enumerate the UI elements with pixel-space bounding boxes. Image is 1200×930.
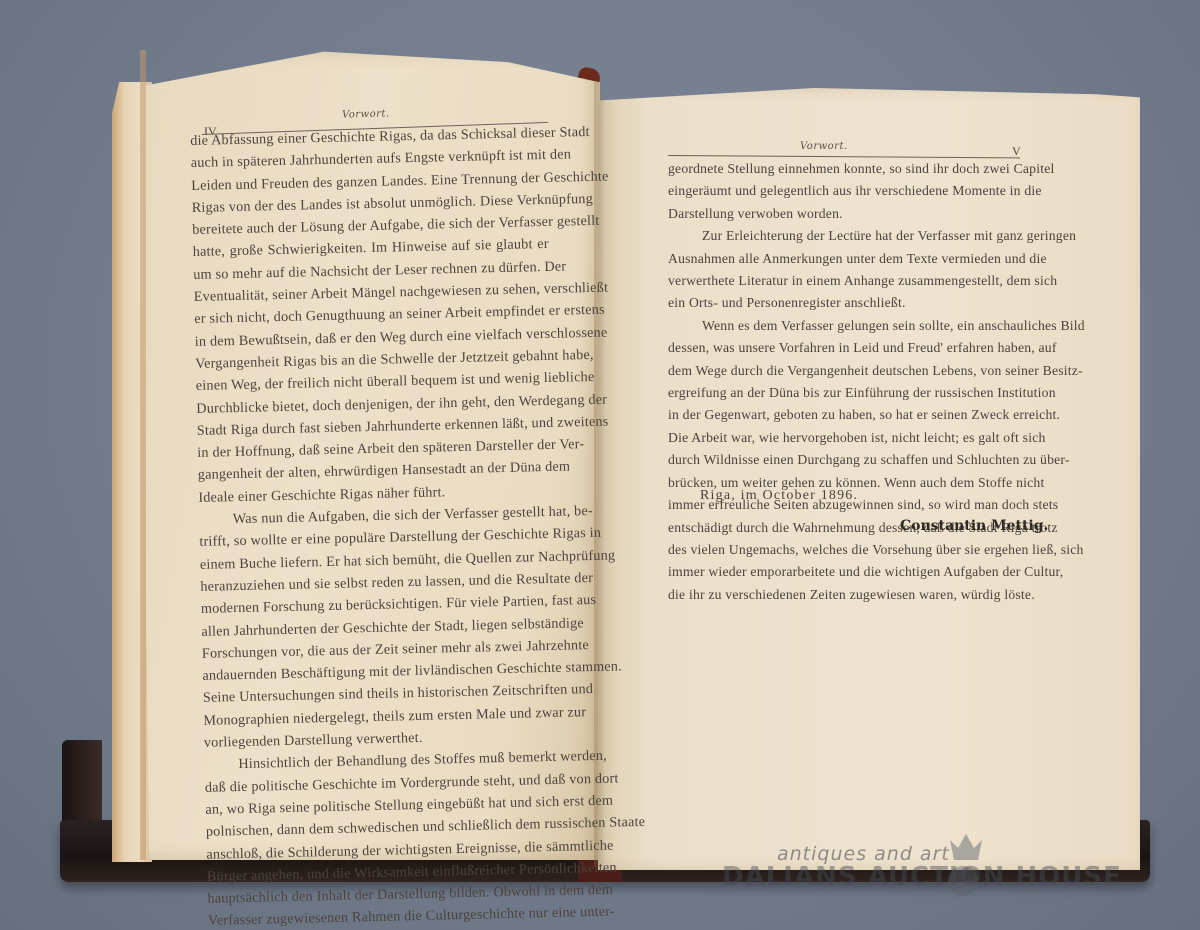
text-line: geordnete Stellung einnehmen konnte, so … [668, 158, 1034, 180]
text-line: Ausnahmen alle Anmerkungen unter dem Tex… [668, 248, 1034, 270]
text-line: verwerthete Literatur in einem Anhange z… [668, 270, 1034, 292]
right-running-head: Vorwort. [800, 141, 848, 152]
text-line: Zur Erleichterung der Lectüre hat der Ve… [668, 225, 1034, 247]
watermark-name: DALIANS AUCTION HOUSE [722, 862, 1122, 892]
crown-icon [948, 832, 984, 860]
left-page-foxed-edge [140, 50, 146, 860]
text-line: in der Gegenwart, geboten zu haben, so h… [668, 404, 1034, 426]
text-line: ein Orts- und Personenregister anschließ… [668, 292, 1034, 314]
text-line: Darstellung verwoben worden. [668, 203, 1034, 225]
text-line: Die Arbeit war, wie hervorgehoben ist, n… [668, 427, 1034, 449]
dateline: Riga, im October 1896. [700, 488, 858, 504]
text-line: eingeräumt und gelegentlich aus ihr vers… [668, 180, 1034, 202]
author-signature: Constantin Mettig. [900, 518, 1048, 534]
text-line: Wenn es dem Verfasser gelungen sein soll… [668, 315, 1034, 337]
text-line: dessen, was unsere Vorfahren in Leid und… [668, 337, 1034, 359]
text-line: die ihr zu verschiedenen Zeiten zugewies… [668, 584, 1034, 606]
left-page-text: die Abfassung einer Geschichte Rigas, da… [190, 122, 564, 930]
text-line: immer wieder emporarbeitete und die wich… [668, 561, 1034, 583]
text-line: des vielen Ungemachs, welches die Vorseh… [668, 539, 1034, 561]
text-line: ergreifung an der Düna bis zur Einführun… [668, 382, 1034, 404]
text-line: durch Wildnisse einen Durchgang zu schaf… [668, 449, 1034, 471]
right-page-text: geordnete Stellung einnehmen konnte, so … [668, 158, 1034, 606]
text-line: dem Wege durch die Vergangenheit deutsch… [668, 360, 1034, 382]
left-running-head: Vorwort. [342, 108, 390, 120]
